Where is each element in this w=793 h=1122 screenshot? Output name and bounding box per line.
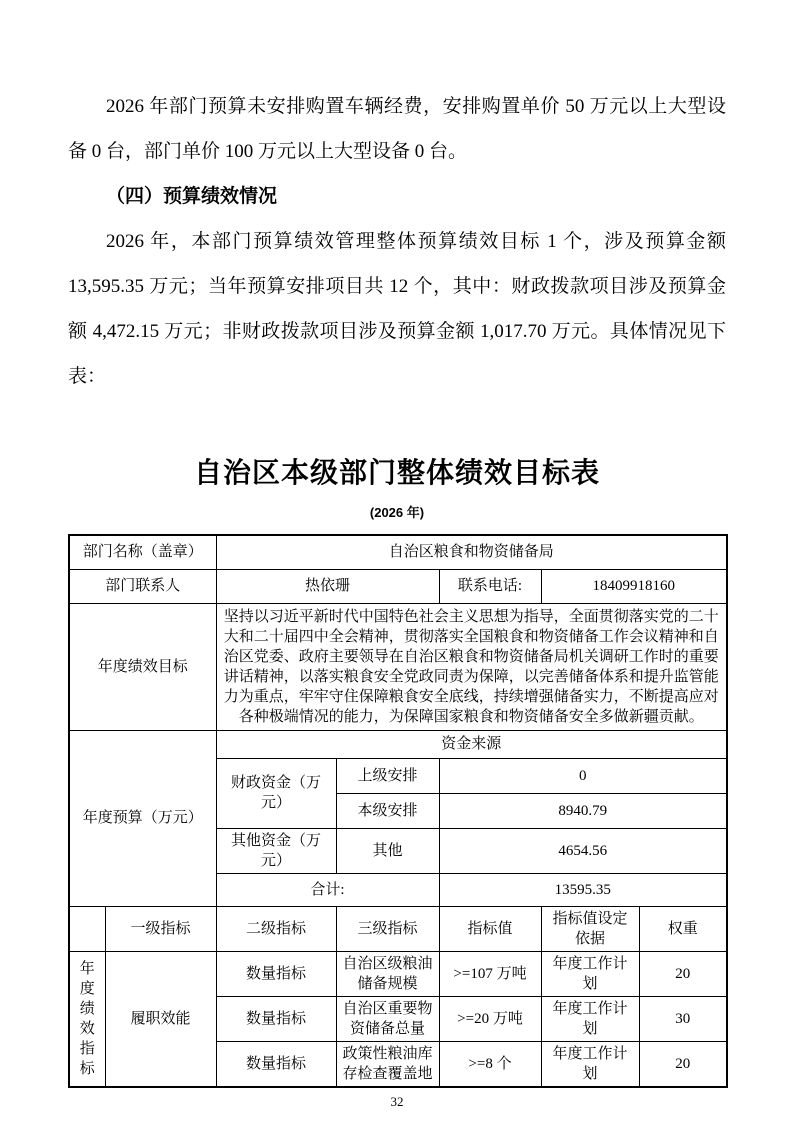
page-number: 32 xyxy=(68,1094,726,1110)
row-indicator-1: 年度绩效指标 履职效能 数量指标 自治区级粮油储备规模 >=107 万吨 年度工… xyxy=(69,951,727,996)
cell-total-label: 合计: xyxy=(216,873,439,906)
cell-budget-label: 年度预算（万元） xyxy=(69,730,216,906)
row-dept-name: 部门名称（盖章） 自治区粮食和物资储备局 xyxy=(69,535,727,569)
cell-row2-weight: 20 xyxy=(639,1041,727,1087)
row-contact: 部门联系人 热依珊 联系电话: 18409918160 xyxy=(69,569,727,603)
cell-row1-value: >=20 万吨 xyxy=(439,996,541,1041)
cell-level1-value: 履职效能 xyxy=(105,951,216,1087)
cell-row2-value: >=8 个 xyxy=(439,1041,541,1087)
table-subtitle-year: (2026 年) xyxy=(68,502,726,521)
cell-contact-name: 热依珊 xyxy=(216,569,439,603)
cell-annual-indicators-vertical-label: 年度绩效指标 xyxy=(69,951,105,1087)
cell-header-level1: 一级指标 xyxy=(105,906,216,951)
cell-phone-value: 18409918160 xyxy=(541,569,727,603)
document-page: 2026 年部门预算未安排购置车辆经费，安排购置单价 50 万元以上大型设备 0… xyxy=(0,0,793,1122)
cell-funding-source-header: 资金来源 xyxy=(216,730,727,758)
cell-row2-level3: 政策性粮油库存检查覆盖地 xyxy=(336,1041,439,1087)
cell-goal-text: 坚持以习近平新时代中国特色社会主义思想为指导，全面贯彻落实党的二十大和二十届四中… xyxy=(216,603,727,730)
cell-own-level-label: 本级安排 xyxy=(336,793,439,828)
cell-fiscal-funds-label: 财政资金（万元） xyxy=(216,758,336,828)
cell-row1-weight: 30 xyxy=(639,996,727,1041)
cell-phone-label: 联系电话: xyxy=(439,569,541,603)
cell-header-weight: 权重 xyxy=(639,906,727,951)
row-annual-goal: 年度绩效目标 坚持以习近平新时代中国特色社会主义思想为指导，全面贯彻落实党的二十… xyxy=(69,603,727,730)
cell-row0-weight: 20 xyxy=(639,951,727,996)
cell-goal-label: 年度绩效目标 xyxy=(69,603,216,730)
cell-row1-level2: 数量指标 xyxy=(216,996,336,1041)
cell-row0-basis: 年度工作计划 xyxy=(541,951,639,996)
cell-dept-name-value: 自治区粮食和物资储备局 xyxy=(216,535,727,569)
cell-row0-level2: 数量指标 xyxy=(216,951,336,996)
performance-target-table: 部门名称（盖章） 自治区粮食和物资储备局 部门联系人 热依珊 联系电话: 184… xyxy=(68,534,728,1088)
cell-other-sub-label: 其他 xyxy=(336,828,439,873)
cell-dept-name-label: 部门名称（盖章） xyxy=(69,535,216,569)
cell-row0-value: >=107 万吨 xyxy=(439,951,541,996)
cell-header-level2: 二级指标 xyxy=(216,906,336,951)
cell-header-basis: 指标值设定依据 xyxy=(541,906,639,951)
cell-other-funds-value: 4654.56 xyxy=(439,828,727,873)
paragraph-performance-summary: 2026 年，本部门预算绩效管理整体预算绩效目标 1 个，涉及预算金额 13,5… xyxy=(68,219,726,399)
section-heading: （四）预算绩效情况 xyxy=(68,174,726,219)
cell-header-value: 指标值 xyxy=(439,906,541,951)
cell-header-level3: 三级指标 xyxy=(336,906,439,951)
cell-row0-level3: 自治区级粮油储备规模 xyxy=(336,951,439,996)
cell-indicator-corner xyxy=(69,906,105,951)
table-title: 自治区本级部门整体绩效目标表 xyxy=(68,451,726,491)
cell-row2-level2: 数量指标 xyxy=(216,1041,336,1087)
paragraph-vehicle-budget: 2026 年部门预算未安排购置车辆经费，安排购置单价 50 万元以上大型设备 0… xyxy=(68,84,726,174)
cell-upper-arrangement-value: 0 xyxy=(439,758,727,793)
row-indicator-headers: 一级指标 二级指标 三级指标 指标值 指标值设定依据 权重 xyxy=(69,906,727,951)
cell-total-value: 13595.35 xyxy=(439,873,727,906)
cell-other-funds-label: 其他资金（万元） xyxy=(216,828,336,873)
row-funding-source-header: 年度预算（万元） 资金来源 xyxy=(69,730,727,758)
cell-own-level-value: 8940.79 xyxy=(439,793,727,828)
cell-contact-label: 部门联系人 xyxy=(69,569,216,603)
cell-upper-arrangement-label: 上级安排 xyxy=(336,758,439,793)
cell-row2-basis: 年度工作计划 xyxy=(541,1041,639,1087)
cell-row1-level3: 自治区重要物资储备总量 xyxy=(336,996,439,1041)
cell-row1-basis: 年度工作计划 xyxy=(541,996,639,1041)
